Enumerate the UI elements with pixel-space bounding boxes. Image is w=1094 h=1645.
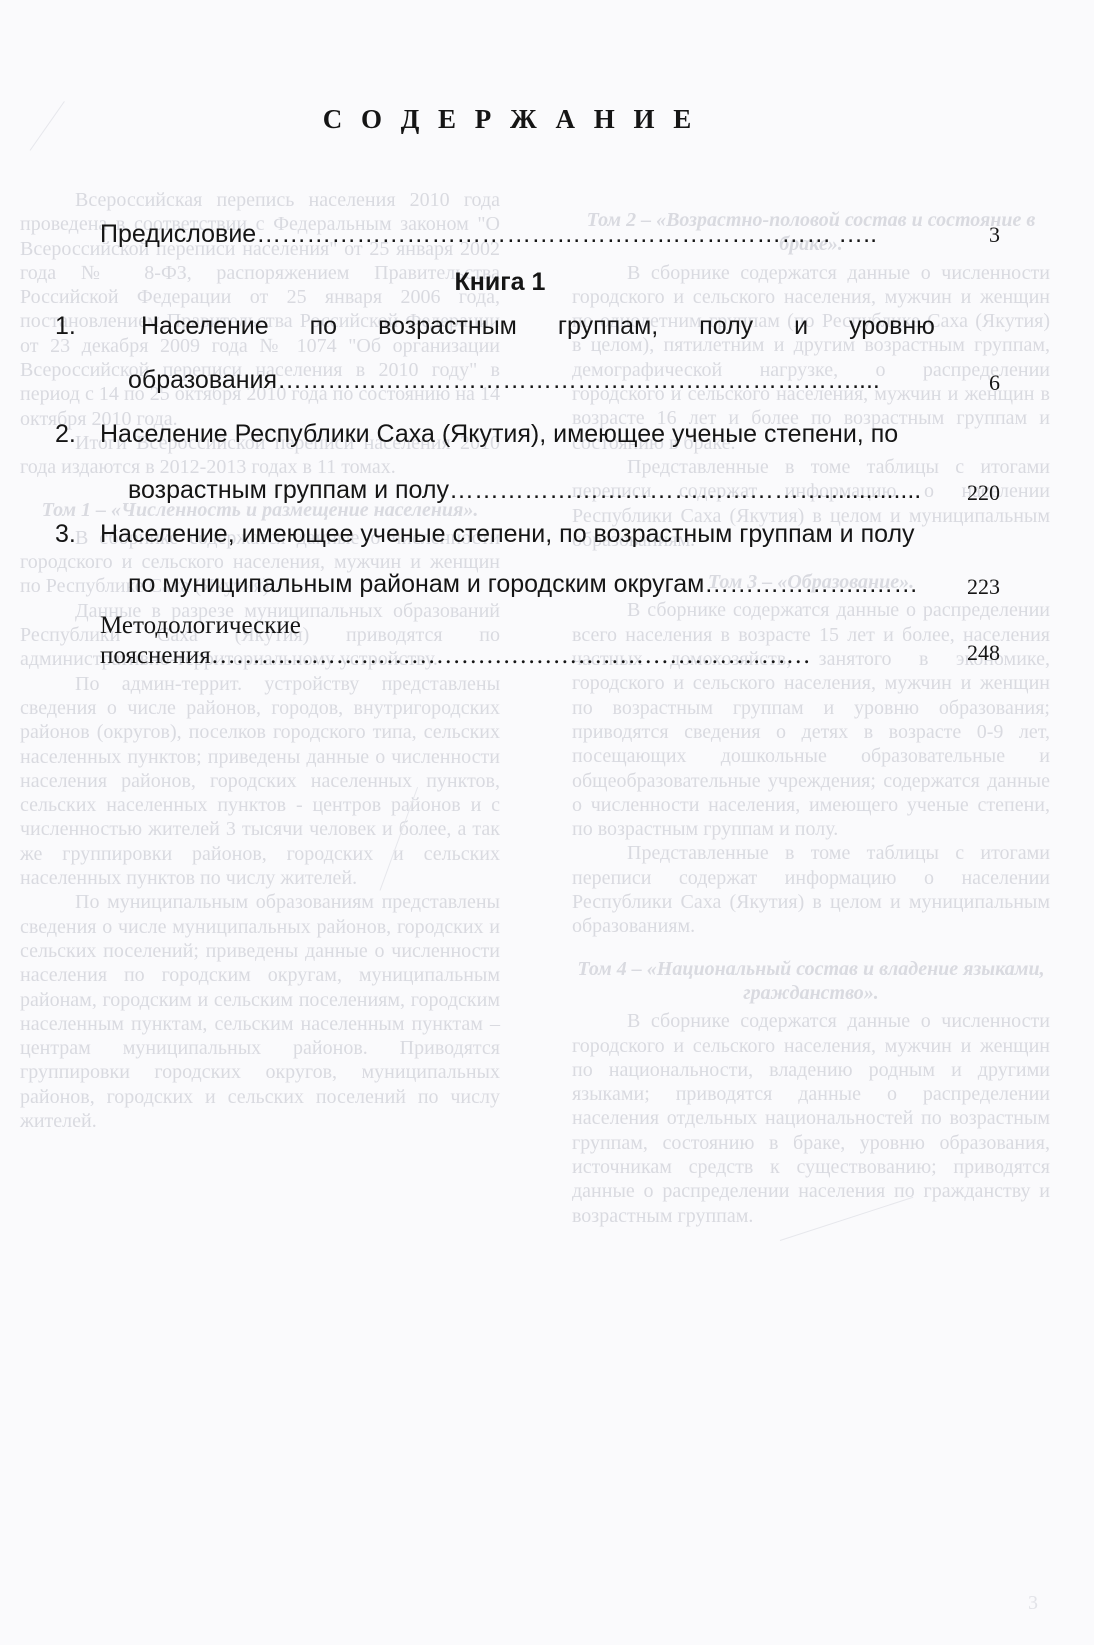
toc-page-number: 3 [940, 222, 1000, 248]
toc-entry-label: пояснения [100, 642, 211, 669]
toc-entry-label: Методологические [100, 612, 301, 639]
toc-word: уровню [849, 312, 935, 341]
toc-entry-label: Предисловие [100, 220, 256, 248]
toc-entry-2-line1: 2.Население Республики Саха (Якутия), им… [55, 420, 898, 449]
leader-dots: …………………………………………………………… ….. [256, 220, 877, 248]
toc-entry-number: 2. [55, 420, 100, 449]
page-title: С О Д Е Р Ж А Н И Е [0, 104, 1020, 135]
toc-page-number: 6 [940, 370, 1000, 396]
toc-word: по [310, 312, 337, 341]
toc-word: Население [141, 312, 269, 341]
show-through-paragraph: Представленные в томе таблицы с итогами … [572, 841, 1050, 938]
leader-dots: ……………………………………………………………… [211, 642, 811, 669]
toc-page-number: 248 [940, 640, 1000, 666]
toc-entry-3-line2: по муниципальным районам и городским окр… [128, 570, 918, 599]
show-through-paragraph: По админ-террит. устройству представлены… [20, 672, 500, 891]
toc-page-number: 220 [940, 480, 1000, 506]
leader-dots: …………………………………………………………….... [277, 366, 880, 394]
toc-entry-label: возрастным группам и полу [128, 476, 449, 504]
toc-page-number: 223 [940, 574, 1000, 600]
leader-dots: ………………..…… [704, 570, 918, 598]
leader-dots: ……………………………………….............. [449, 476, 921, 504]
show-through-right-column: Том 2 – «Возрастно-половой состав и сост… [572, 190, 1050, 1228]
toc-word: полу [699, 312, 753, 341]
toc-entry-preface: Предисловие…………………………………………………………… ….. [100, 220, 877, 249]
toc-word: группам, [558, 312, 658, 341]
toc-word: и [794, 312, 808, 341]
page-number: 3 [1028, 1592, 1038, 1615]
toc-entry-methodology-line2: пояснения……………………………………………………………… [100, 642, 811, 670]
toc-entry-label: Население, имеющее ученые степени, по во… [100, 520, 915, 548]
toc-word: возрастным [378, 312, 517, 341]
show-through-paragraph: По муниципальным образованиям представле… [20, 890, 500, 1133]
toc-entry-2-line2: возрастным группам и полу………………………………………… [128, 476, 921, 505]
toc-entry-number: 1. [55, 312, 100, 341]
toc-entry-1-line2: образования…………………………………………………………….... [128, 366, 880, 395]
show-through-heading: Том 4 – «Национальный состав и владение … [572, 957, 1050, 1006]
toc-entry-number: 3. [55, 520, 100, 549]
toc-entry-label: Население Республики Саха (Якутия), имею… [100, 420, 898, 448]
toc-entry-label: образования [128, 366, 277, 394]
toc-entry-methodology-line1: Методологические [100, 612, 301, 640]
toc-entry-1-line1: 1. Население по возрастным группам, полу… [55, 312, 935, 341]
book-heading: Книга 1 [0, 268, 1000, 297]
show-through-paragraph: В сборнике содержатся данные о распредел… [572, 598, 1050, 841]
toc-entry-label: по муниципальным районам и городским окр… [128, 570, 704, 598]
show-through-paragraph: В сборнике содержатся данные о численнос… [572, 1009, 1050, 1228]
toc-entry-3-line1: 3.Население, имеющее ученые степени, по … [55, 520, 915, 549]
